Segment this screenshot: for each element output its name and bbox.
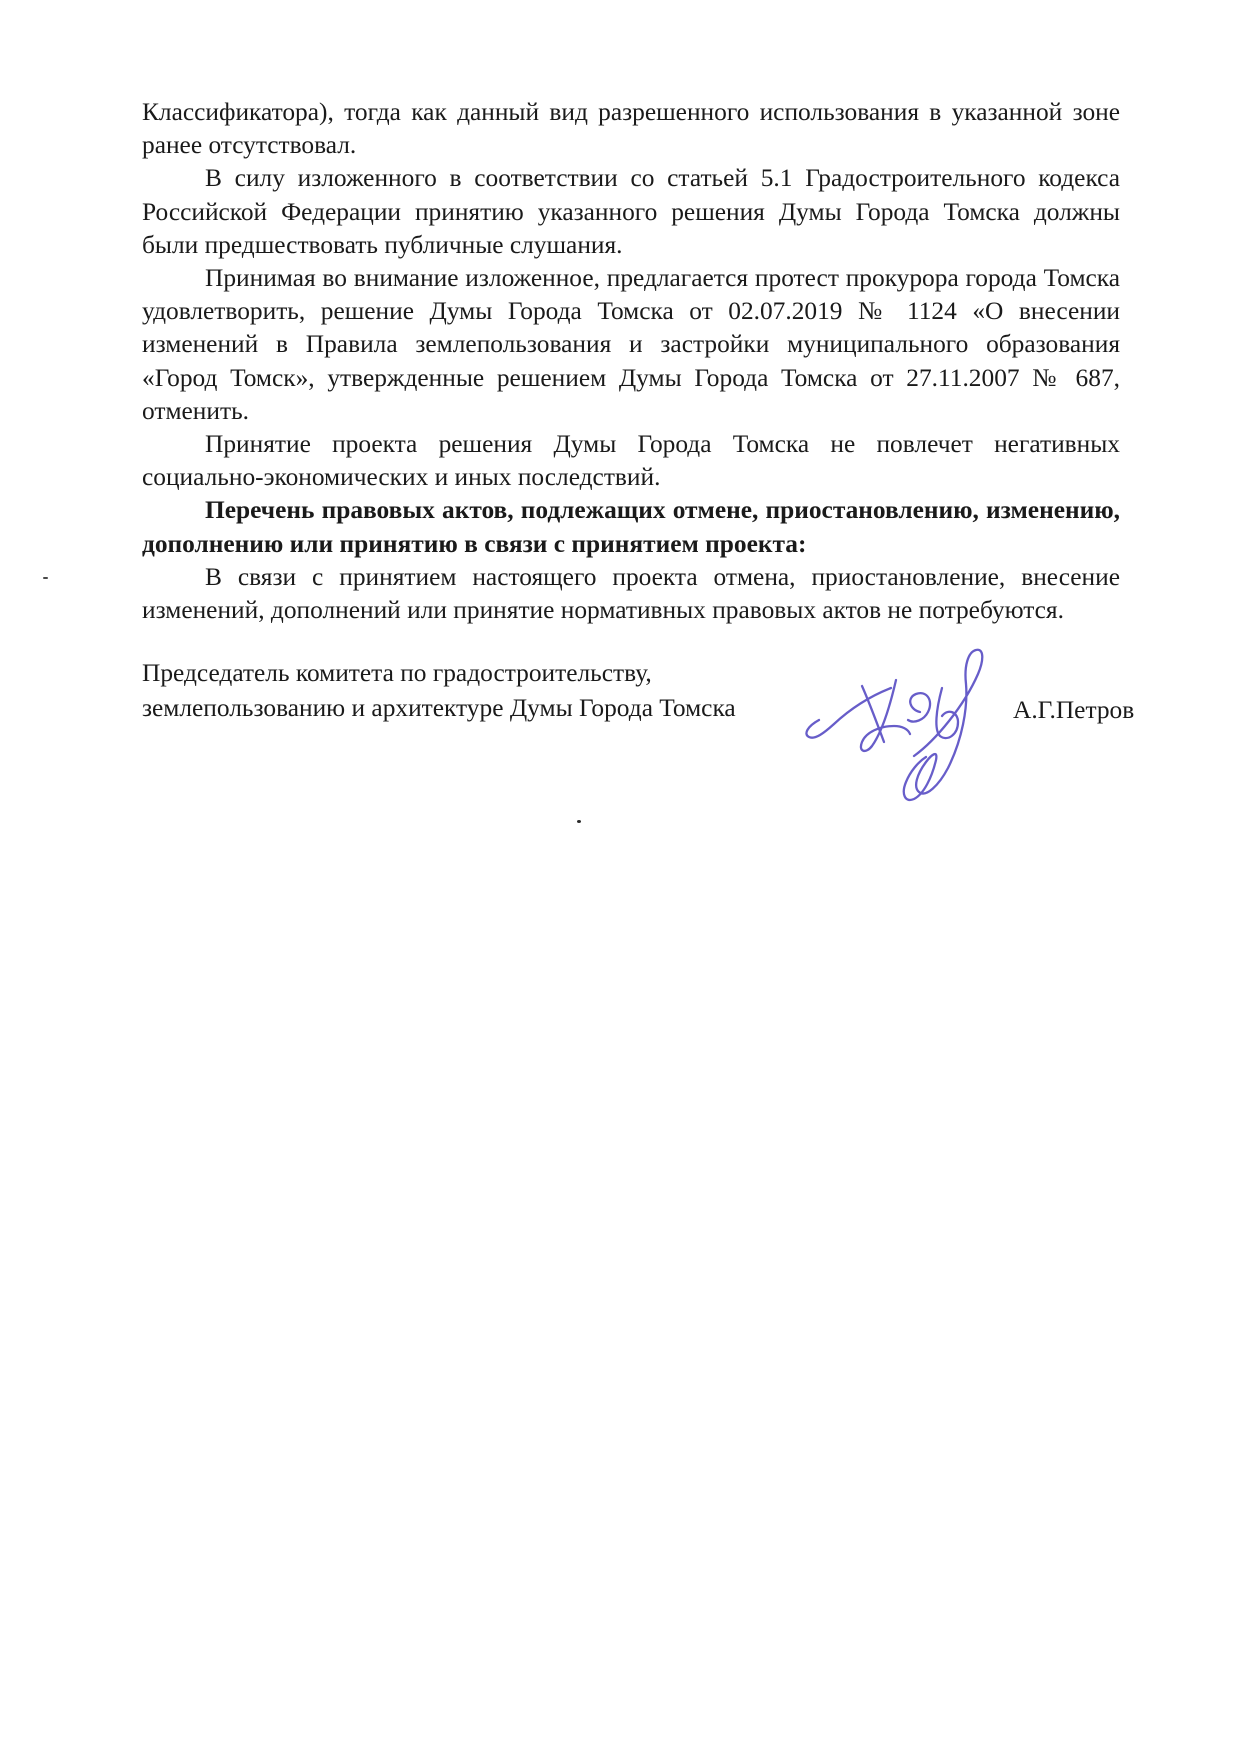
handwritten-signature-icon <box>795 636 1019 808</box>
document-page: Классификатора), тогда как данный вид ра… <box>0 0 1240 1753</box>
paragraph-consequences: Принятие проекта решения Думы Города Том… <box>142 428 1120 494</box>
signature-title-line2: землепользованию и архитектуре Думы Горо… <box>142 691 736 726</box>
paragraph-continuation: Классификатора), тогда как данный вид ра… <box>142 96 1120 162</box>
paragraph-legal-acts-heading: Перечень правовых актов, подлежащих отме… <box>142 494 1120 560</box>
scan-artifact-dot <box>43 577 48 579</box>
signature-title: Председатель комитета по градостроительс… <box>142 656 736 725</box>
signature-title-line1: Председатель комитета по градостроительс… <box>142 656 736 691</box>
paragraph-proposal: Принимая во внимание изложенное, предлаг… <box>142 262 1120 428</box>
paragraph-public-hearings: В силу изложенного в соответствии со ста… <box>142 162 1120 262</box>
signature-name: А.Г.Петров <box>1013 696 1134 725</box>
paragraph-no-acts-required: В связи с принятием настоящего проекта о… <box>142 561 1120 627</box>
scan-artifact-dot <box>577 820 581 823</box>
document-body: Классификатора), тогда как данный вид ра… <box>142 96 1120 627</box>
